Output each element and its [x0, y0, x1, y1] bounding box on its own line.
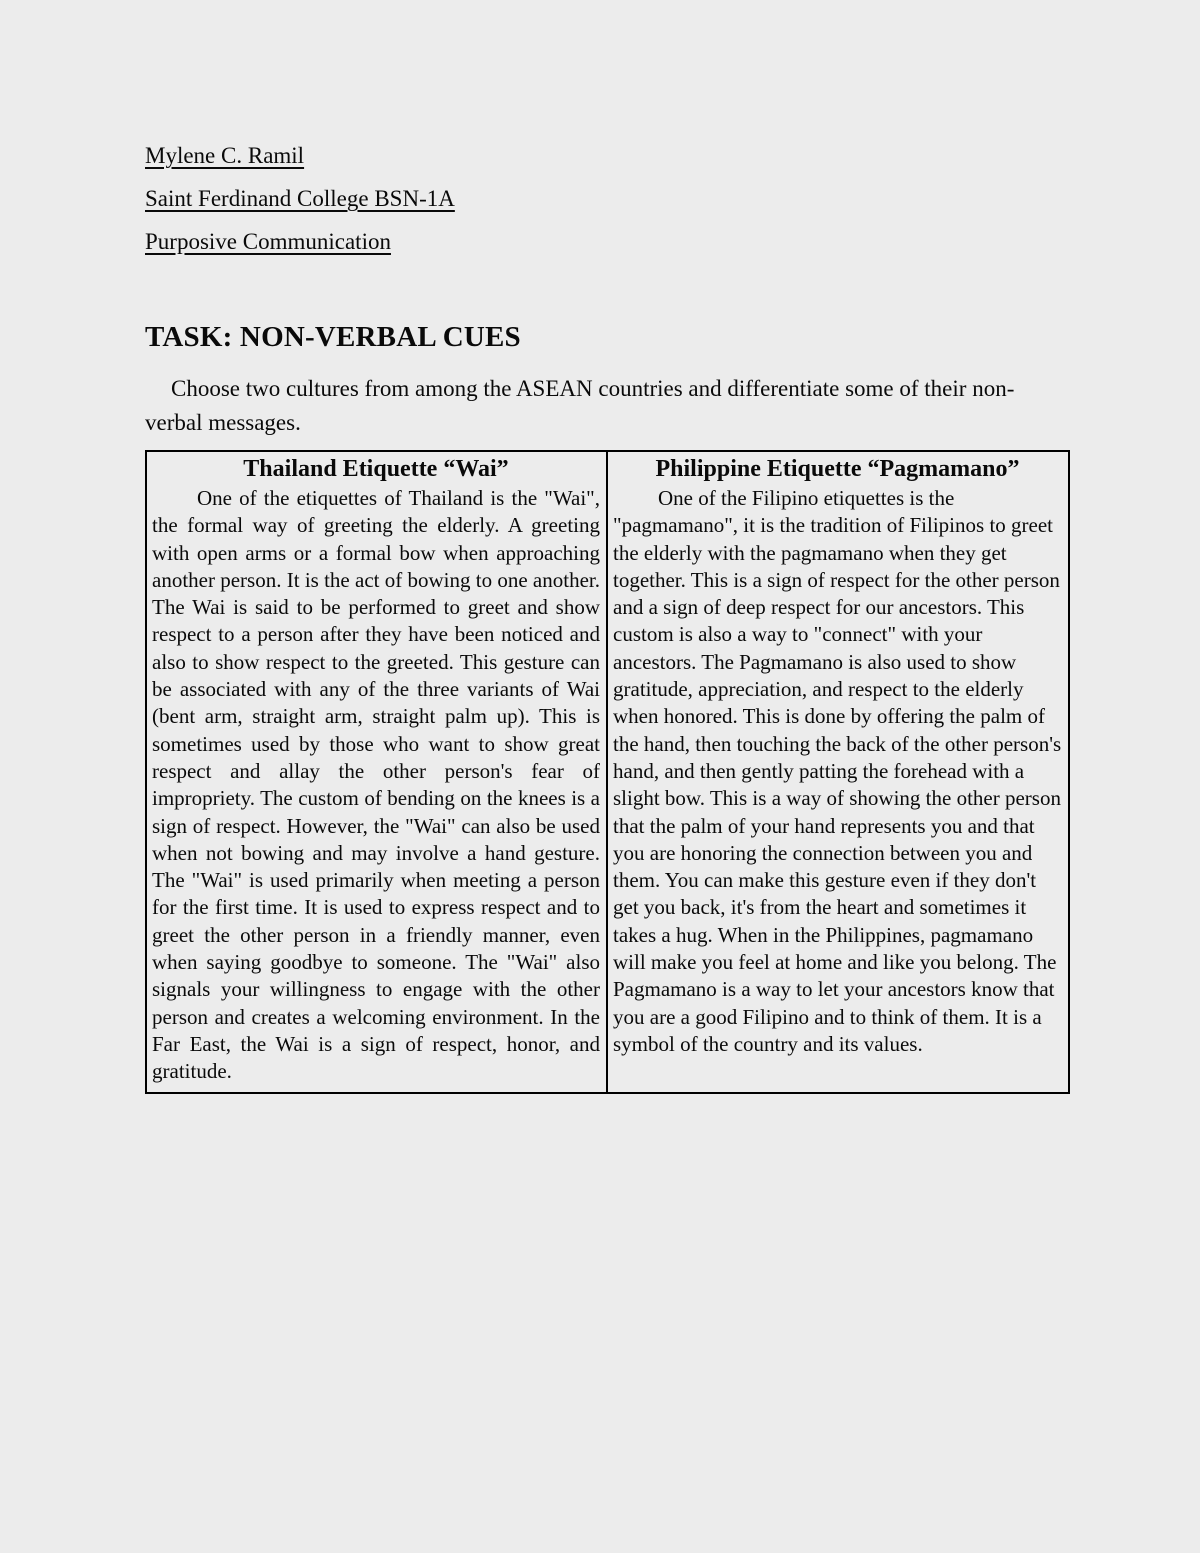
thailand-wai-cell: Thailand Etiquette “Wai” One of the etiq… — [146, 451, 607, 1093]
thailand-wai-body: One of the etiquettes of Thailand is the… — [152, 485, 600, 1086]
document-page: Mylene C. Ramil Saint Ferdinand College … — [0, 0, 1200, 1553]
table-row: Thailand Etiquette “Wai” One of the etiq… — [146, 451, 1069, 1093]
philippine-pagmamano-body: One of the Filipino etiquettes is the "p… — [613, 485, 1062, 1058]
philippine-pagmamano-heading: Philippine Etiquette “Pagmamano” — [613, 454, 1062, 485]
school-and-section: Saint Ferdinand College BSN-1A — [145, 186, 455, 212]
comparison-table: Thailand Etiquette “Wai” One of the etiq… — [145, 450, 1070, 1094]
thailand-wai-heading: Thailand Etiquette “Wai” — [152, 454, 600, 485]
author-name: Mylene C. Ramil — [145, 143, 304, 169]
subject-name: Purposive Communication — [145, 229, 391, 255]
task-title: TASK: NON-VERBAL CUES — [145, 322, 1065, 352]
philippine-pagmamano-cell: Philippine Etiquette “Pagmamano” One of … — [607, 451, 1069, 1093]
document-header: Mylene C. Ramil Saint Ferdinand College … — [145, 143, 1065, 255]
task-instruction: Choose two cultures from among the ASEAN… — [145, 372, 1055, 440]
